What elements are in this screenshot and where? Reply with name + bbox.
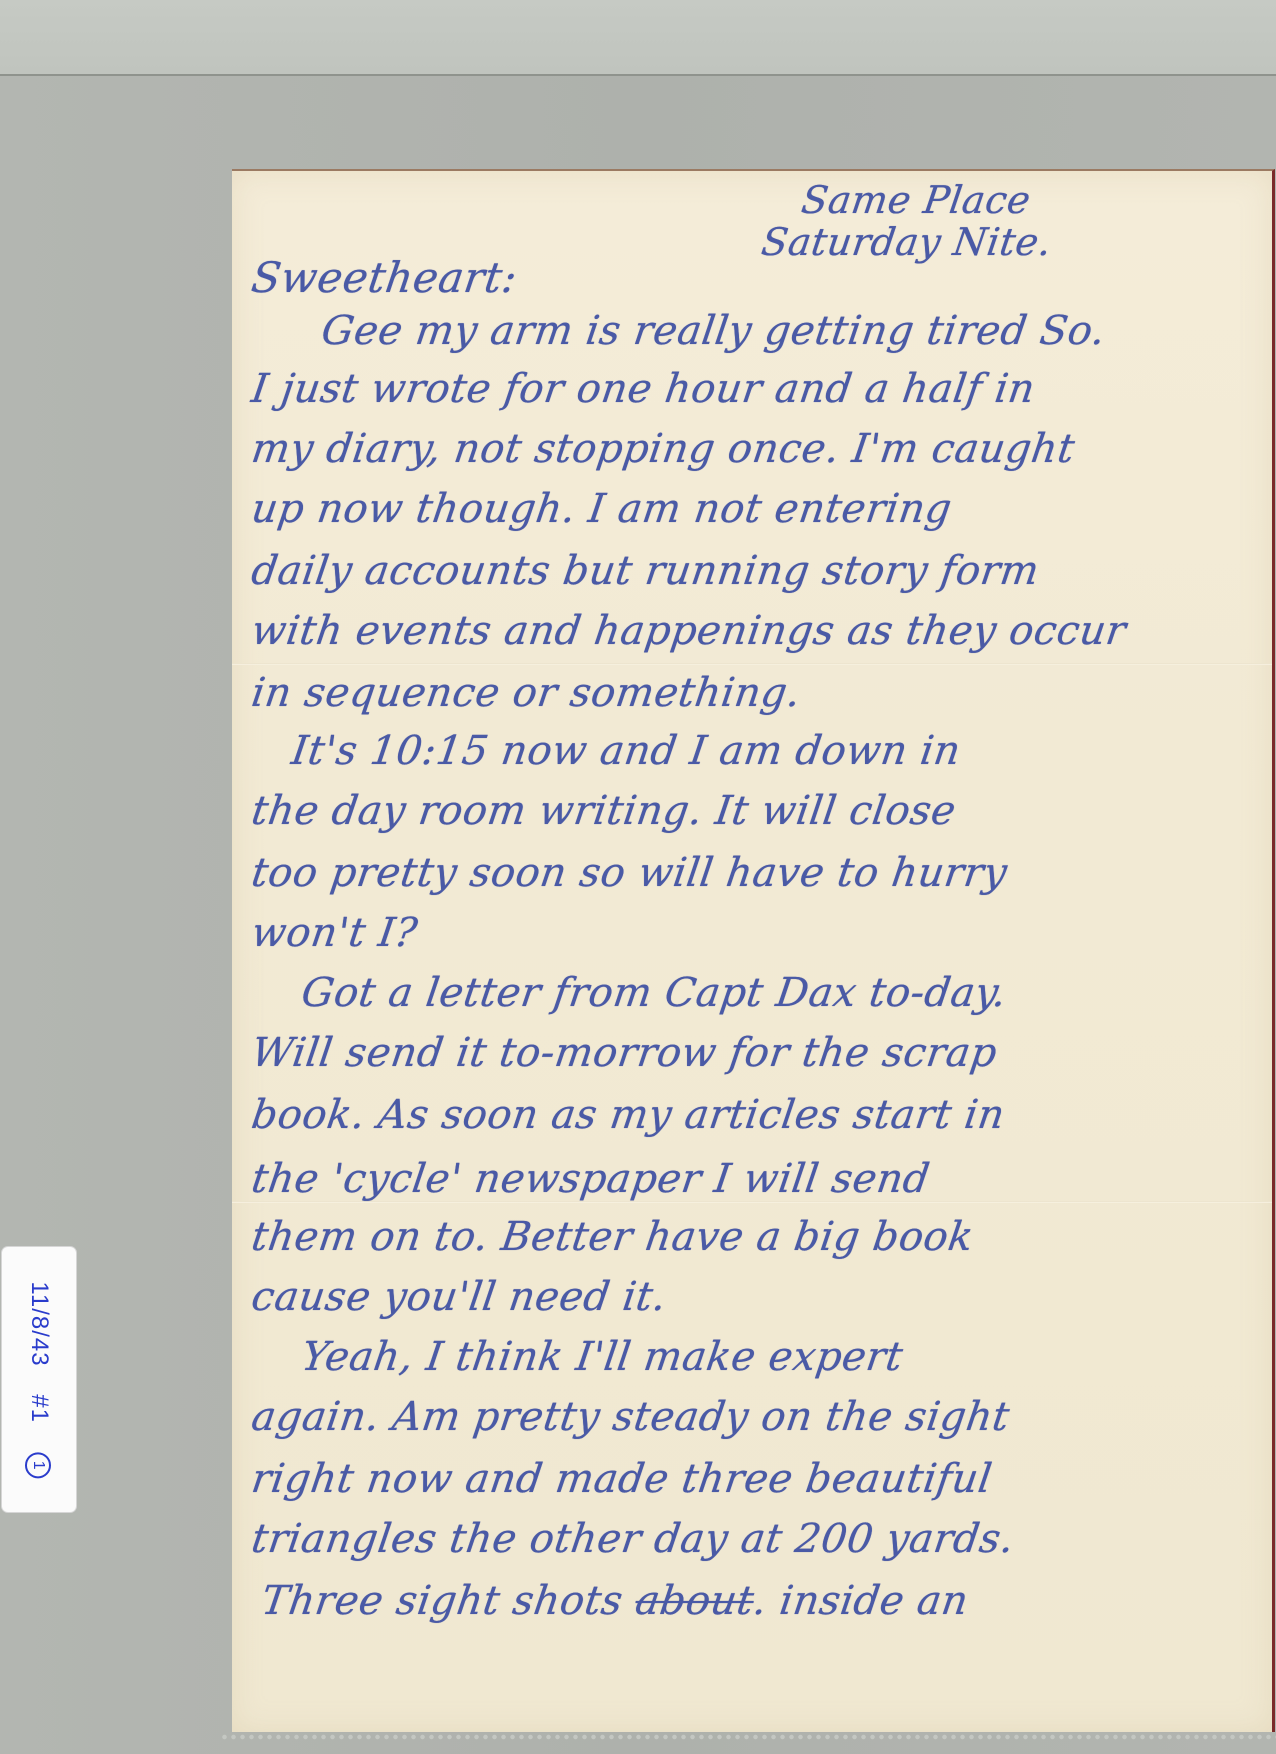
bed-perforations bbox=[220, 1732, 1276, 1742]
archive-index-tag: 11/8/43 #1 1 bbox=[2, 1247, 76, 1512]
letter-line: too pretty soon so will have to hurry bbox=[249, 853, 1010, 893]
letter-page: Same Place Saturday Nite. Sweetheart: Ge… bbox=[232, 169, 1275, 1732]
letter-line-text: . inside an bbox=[750, 1578, 971, 1624]
letter-line: again. Am pretty steady on the sight bbox=[249, 1397, 1012, 1437]
letter-line: right now and made three beautiful bbox=[249, 1459, 994, 1499]
letter-line: them on to. Better have a big book bbox=[249, 1217, 976, 1257]
letter-line: Gee my arm is really getting tired So. bbox=[319, 311, 1108, 351]
letter-line: the 'cycle' newspaper I will send bbox=[249, 1159, 932, 1199]
letter-line: in sequence or something. bbox=[249, 673, 803, 713]
letter-line: the day room writing. It will close bbox=[249, 791, 958, 831]
letter-line: my diary, not stopping once. I'm caught bbox=[249, 429, 1077, 469]
letter-line: cause you'll need it. bbox=[249, 1277, 669, 1317]
index-tag-page-circle: 1 bbox=[25, 1452, 51, 1478]
letter-salutation: Sweetheart: bbox=[249, 257, 520, 299]
letter-line: Will send it to-morrow for the scrap bbox=[249, 1033, 999, 1073]
letter-last-line: Three sight shots about. inside an bbox=[259, 1581, 971, 1621]
letter-line: daily accounts but running story form bbox=[249, 551, 1042, 591]
index-tag-number: #1 bbox=[26, 1394, 53, 1423]
index-tag-label: 11/8/43 #1 1 bbox=[25, 1281, 53, 1478]
letter-line: with events and happenings as they occur bbox=[249, 611, 1128, 651]
fold-line bbox=[232, 663, 1272, 665]
struck-word: about bbox=[633, 1578, 757, 1624]
letter-line: up now though. I am not entering bbox=[249, 489, 954, 529]
letter-place: Same Place bbox=[799, 181, 1033, 219]
scanner-lid bbox=[0, 0, 1276, 76]
letter-line: won't I? bbox=[249, 913, 420, 953]
letter-line: book. As soon as my articles start in bbox=[249, 1095, 1007, 1135]
letter-line: triangles the other day at 200 yards. bbox=[249, 1519, 1017, 1559]
letter-line: It's 10:15 now and I am down in bbox=[289, 731, 963, 771]
letter-line: I just wrote for one hour and a half in bbox=[249, 369, 1037, 409]
letter-date: Saturday Nite. bbox=[759, 223, 1054, 261]
letter-line: Got a letter from Capt Dax to-day. bbox=[299, 973, 1009, 1013]
index-tag-date: 11/8/43 bbox=[26, 1281, 53, 1366]
letter-line-text: Three sight shots bbox=[259, 1578, 626, 1624]
letter-line: Yeah, I think I'll make expert bbox=[299, 1337, 905, 1377]
